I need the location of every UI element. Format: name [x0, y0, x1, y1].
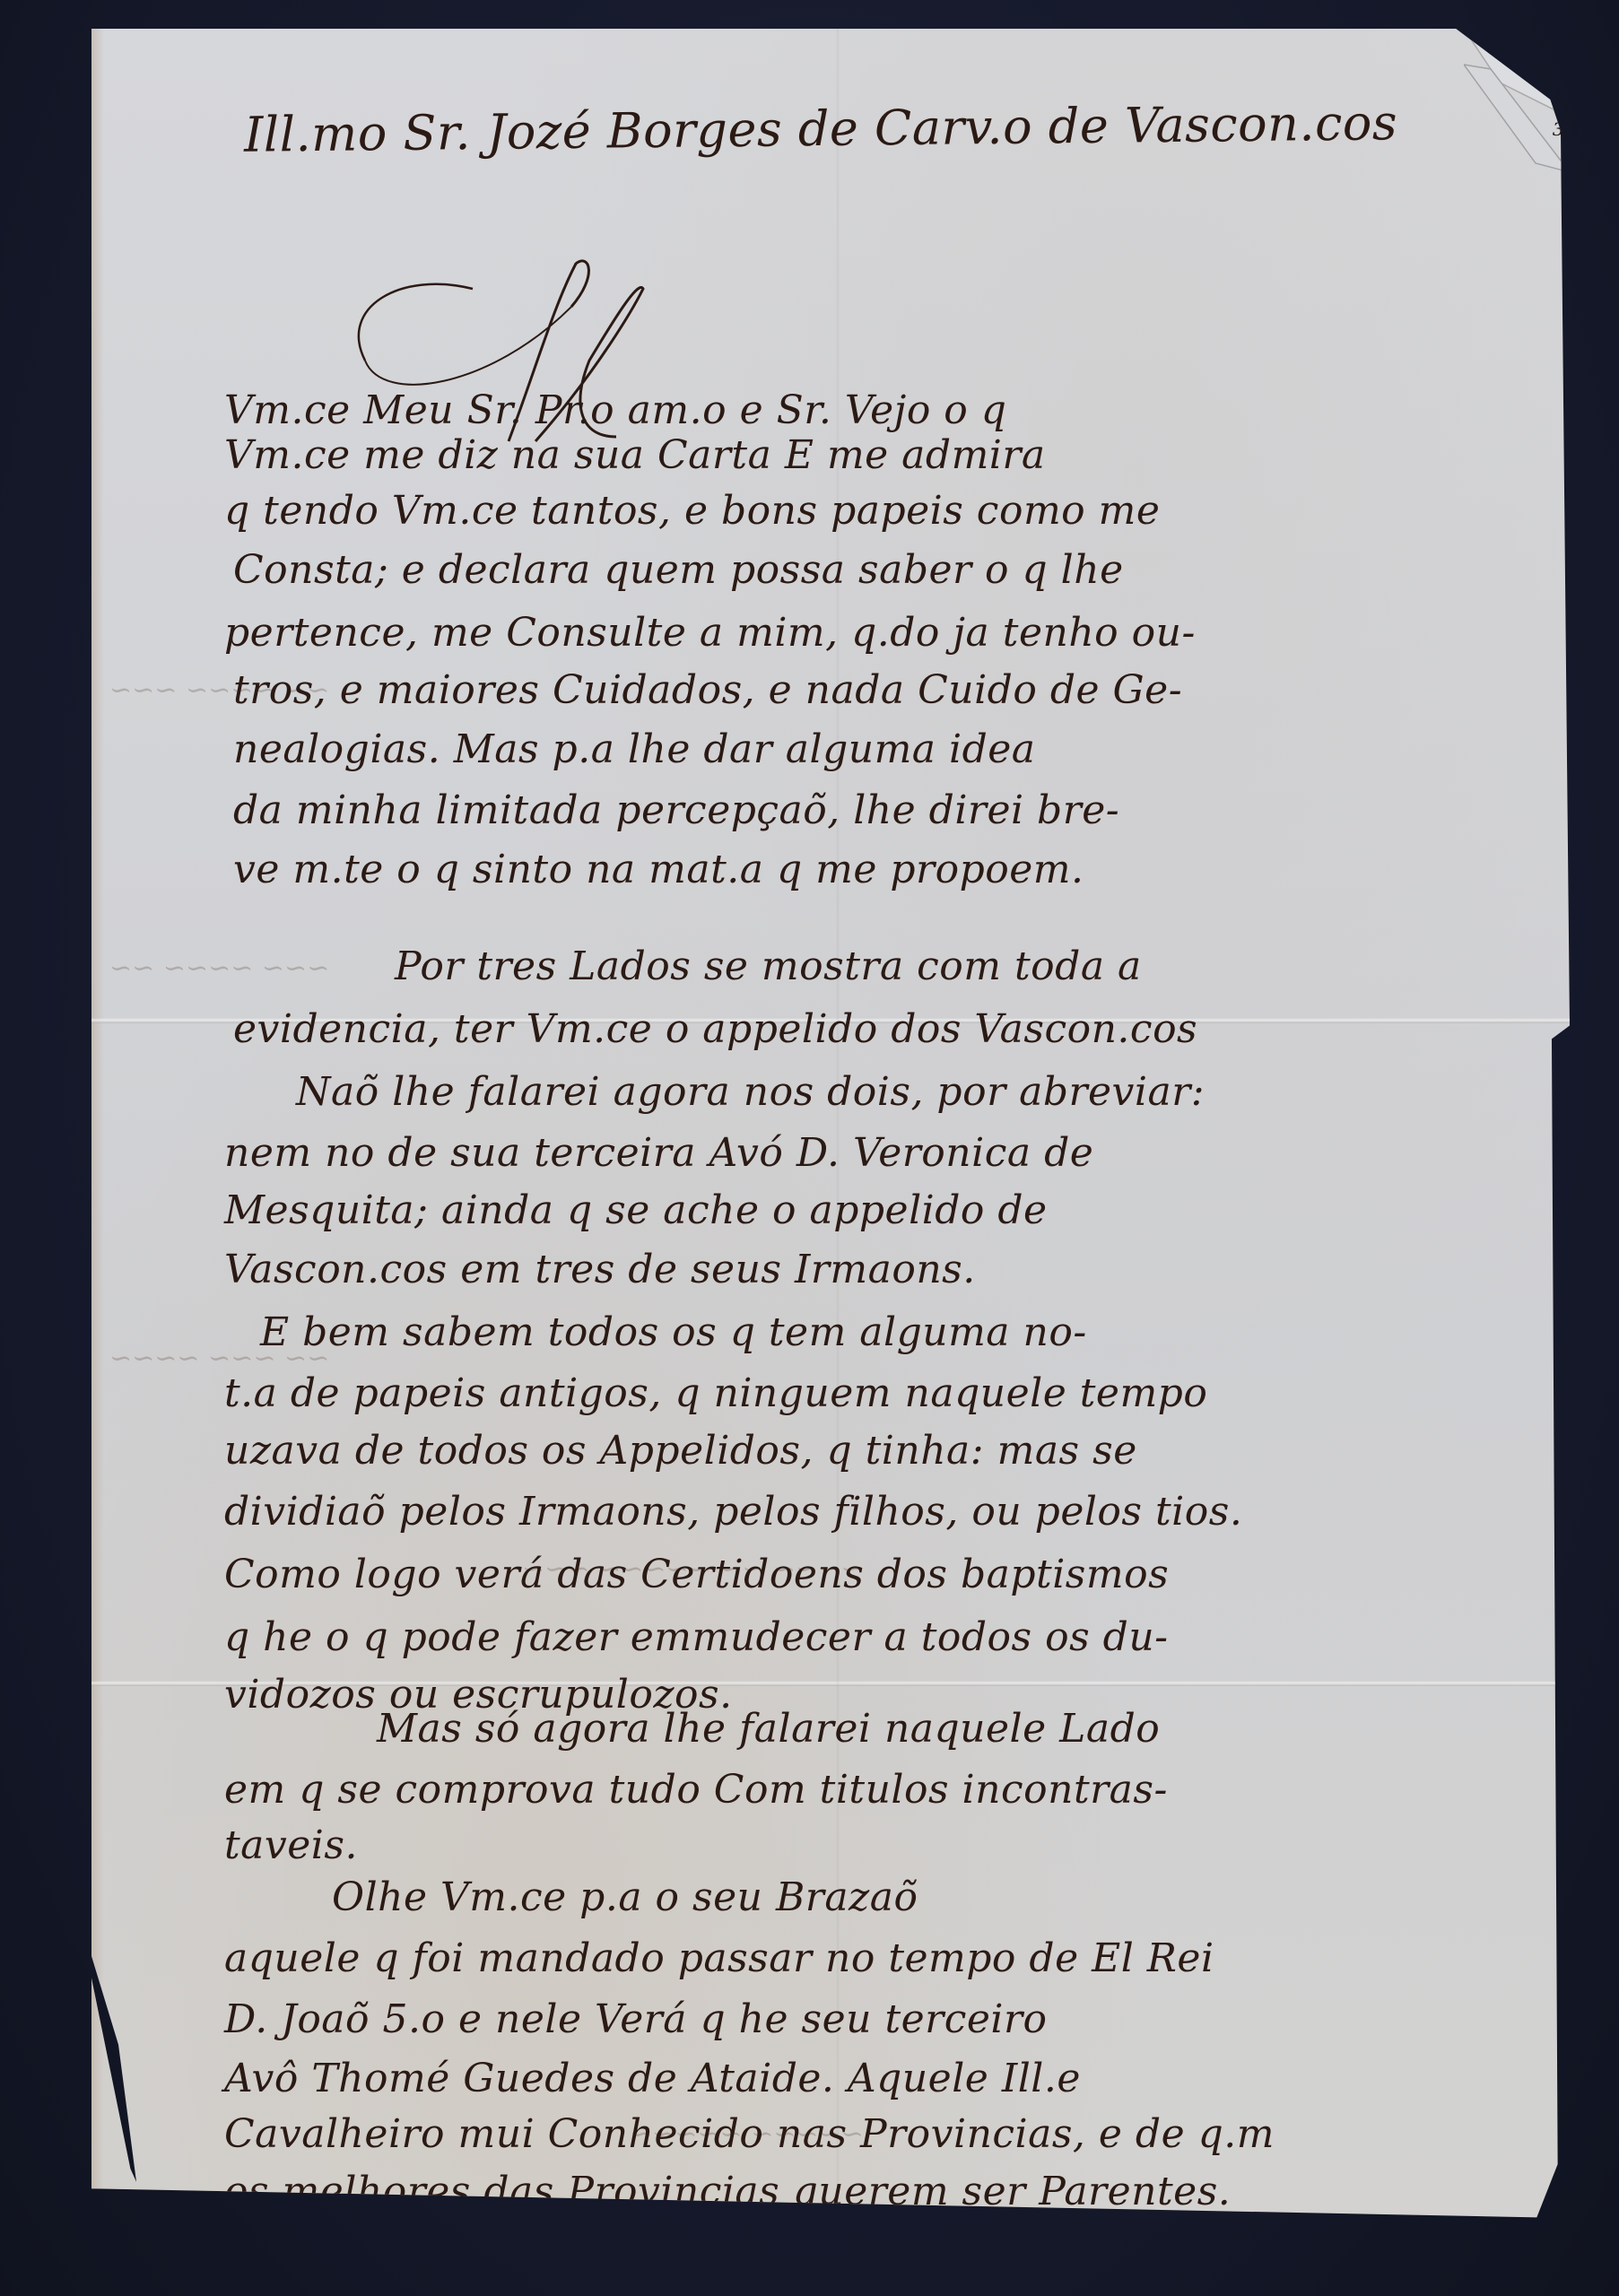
letter-line: nealogias. Mas p.a lhe dar alguma idea	[233, 726, 1036, 772]
letter-line: Por tres Lados se mostra com toda a	[395, 944, 1142, 989]
letter-line: Consta; e declara quem possa saber o q l…	[233, 547, 1124, 593]
letter-line: Mesquita; ainda q se ache o appelido de	[224, 1187, 1048, 1233]
letter-line: t.a de papeis antigos, q ninguem naquele…	[224, 1370, 1207, 1416]
letter-line: evidencia, ter Vm.ce o appelido dos Vasc…	[233, 1006, 1197, 1052]
letter-line: Mas só agora lhe falarei naquele Lado	[377, 1706, 1160, 1752]
letter-line: dividiaõ pelos Irmaons, pelos filhos, ou…	[224, 1489, 1242, 1535]
letter-line: Vm.ce Meu Sr. Pr.o am.o e Sr. Vejo o q	[224, 387, 1006, 433]
letter-line: Vm.ce me diz na sua Carta E me admira	[224, 432, 1046, 478]
letter-line: D. Joaõ 5.o e nele Verá q he seu terceir…	[224, 1996, 1048, 2042]
letter-line: Naõ lhe falarei agora nos dois, por abre…	[296, 1069, 1205, 1115]
letter-line: ve m.te o q sinto na mat.a q me propoem.	[233, 847, 1084, 892]
letter-line: pertence, me Consulte a mim, q.do ja ten…	[224, 610, 1196, 656]
letter-line: em q se comprova tudo Com titulos incont…	[224, 1767, 1168, 1813]
letter-line: uzava de todos os Appelidos, q tinha: ma…	[224, 1428, 1137, 1474]
letter-line: aquele q foi mandado passar no tempo de …	[224, 1935, 1214, 1981]
letter-line: E bem sabem todos os q tem alguma no-	[260, 1309, 1087, 1355]
letter-line: Como logo verá das Certidoens dos baptis…	[224, 1552, 1169, 1597]
letter-line: q he o q pode fazer emmudecer a todos os…	[224, 1614, 1169, 1660]
manuscript-page: 3 ~~ ~~~~ ~~~ ~~~ ~~~~ ~~ ~~ ~~~ ~~~~ ~~…	[91, 29, 1588, 2244]
letter-line: Cavalheiro mui Conhecido nas Provincias,…	[224, 2111, 1275, 2157]
letter-line: Avô Thomé Guedes de Ataide. Aquele Ill.e	[224, 2056, 1081, 2101]
letter-line: Vascon.cos em tres de seus Irmaons.	[224, 1247, 976, 1292]
letter-line: taveis.	[224, 1822, 358, 1868]
letter-address-line: Ill.mo Sr. Jozé Borges de Carv.o de Vasc…	[244, 94, 1398, 163]
letter-line: q tendo Vm.ce tantos, e bons papeis como…	[224, 488, 1160, 534]
letter-line: da minha limitada percepçaõ, lhe direi b…	[233, 787, 1119, 833]
paper-edge-stain	[91, 29, 104, 2244]
letter-line: tros, e maiores Cuidados, e nada Cuido d…	[233, 667, 1182, 713]
bleed-through-text: ~~~ ~~~~ ~~	[109, 952, 329, 984]
letter-line: Olhe Vm.ce p.a o seu Brazaõ	[332, 1874, 918, 1920]
letter-line: nem no de sua terceira Avó D. Veronica d…	[224, 1130, 1093, 1176]
